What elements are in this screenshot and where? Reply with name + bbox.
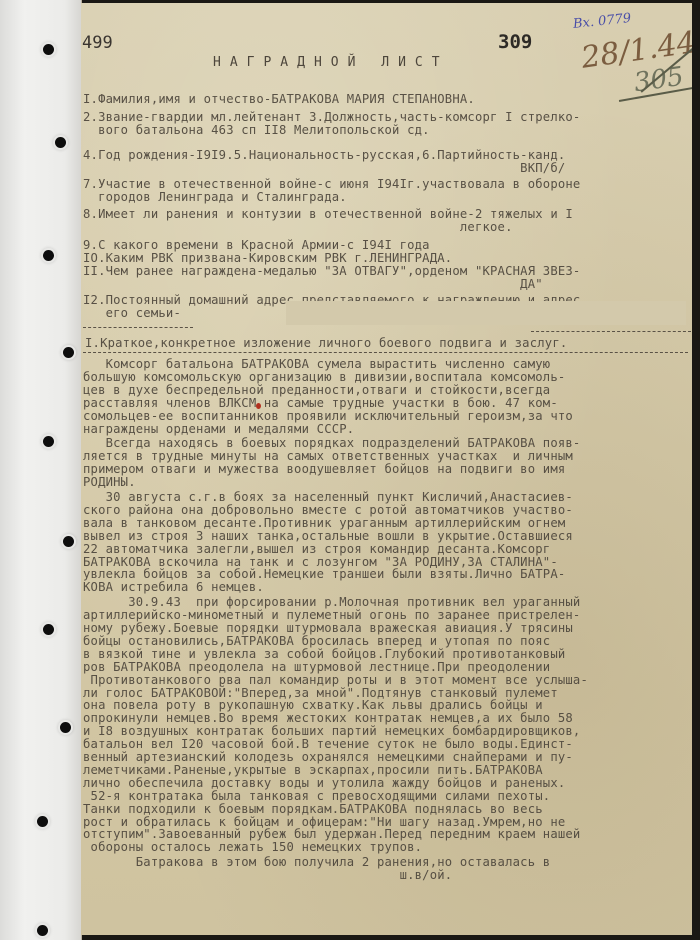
binder-hole (37, 925, 48, 936)
narrative-line: вывел из строя 3 наших танка,остальные в… (83, 530, 573, 543)
binder-hole (63, 536, 74, 547)
binder-hole (43, 250, 54, 261)
narrative-line: ш.в/ой. (83, 869, 452, 882)
narrative-line: 52-я контратака была танковая с превосхо… (83, 790, 550, 803)
binder-hole (43, 44, 54, 55)
binder-hole (37, 816, 48, 827)
form-field-line: вого батальона 463 сп II8 Мелитопольской… (83, 124, 430, 137)
narrative-line: Противотанкового рва пал командир роты и… (83, 674, 588, 687)
narrative-line: награждены орденами и медалями СССР. (83, 423, 354, 436)
separator-line (531, 331, 691, 332)
narrative-line: РОДИНЫ. (83, 476, 136, 489)
narrative-line: лично обеспечила доставку воды и утолила… (83, 777, 565, 790)
red-mark (256, 403, 261, 409)
binder-strip (0, 0, 82, 940)
narrative-line: ского района она добровольно вместе с ро… (83, 504, 573, 517)
narrative-line: обороны осталось лежать 150 немецких тру… (83, 841, 422, 854)
binder-hole (60, 722, 71, 733)
narrative-line: КОВА истребила 6 немцев. (83, 581, 264, 594)
narrative-line: расставляя членов ВЛКСМ на самые трудные… (83, 397, 558, 410)
narrative-line: сомольцев-ее воспитанников проявили искл… (83, 410, 573, 423)
handwritten-incoming-stamp: Вх. 0779 (572, 11, 631, 32)
narrative-line: бойцы остановились,БАТРАКОВА бросилась в… (83, 635, 550, 648)
form-field-line: ДА" (83, 278, 543, 291)
section-heading: I.Краткое,конкретное изложение личного б… (85, 337, 567, 350)
narrative-line: примером отваги и мужества воодушевляет … (83, 463, 565, 476)
narrative-line: Танки подходили к боевым порядкам.БАТРАК… (83, 803, 543, 816)
narrative-line: леметчиками.Раненые,укрытые в эскарпах,п… (83, 764, 543, 777)
narrative-line: цев в духе беспредельной преданности,отв… (83, 384, 550, 397)
form-field-line: его семьи- (83, 307, 181, 320)
narrative-line: 22 автоматчика залегли,вышел из строя ко… (83, 543, 550, 556)
narrative-line: вала в танковом десанте.Противник ураган… (83, 517, 565, 530)
binder-hole (43, 624, 54, 635)
archive-number: 499 (82, 33, 113, 53)
redacted-address (286, 301, 686, 325)
binder-hole (43, 436, 54, 447)
narrative-line: в вязкой тине и увлекла за собой бойцов.… (83, 648, 565, 661)
award-sheet-page: 499 309 НАГРАДНОЙ ЛИСТ Вх. 0779 28/1.44 … (81, 3, 692, 935)
form-field-line: легкое. (83, 221, 513, 234)
form-field-line: ВКП/б/ (83, 162, 565, 175)
separator-line (83, 327, 193, 328)
page-number: 309 (498, 31, 532, 53)
binder-hole (63, 347, 74, 358)
binder-hole (55, 137, 66, 148)
form-field-line: городов Ленинграда и Сталинграда. (83, 191, 347, 204)
narrative-line: большую комсомольскую организацию в диви… (83, 371, 565, 384)
document-title: НАГРАДНОЙ ЛИСТ (213, 55, 449, 70)
form-field-line: I.Фамилия,имя и отчество-БАТРАКОВА МАРИЯ… (83, 93, 475, 106)
narrative-line: ров БАТРАКОВА преодолела на штурмовой ле… (83, 661, 550, 674)
separator-line (83, 352, 688, 353)
